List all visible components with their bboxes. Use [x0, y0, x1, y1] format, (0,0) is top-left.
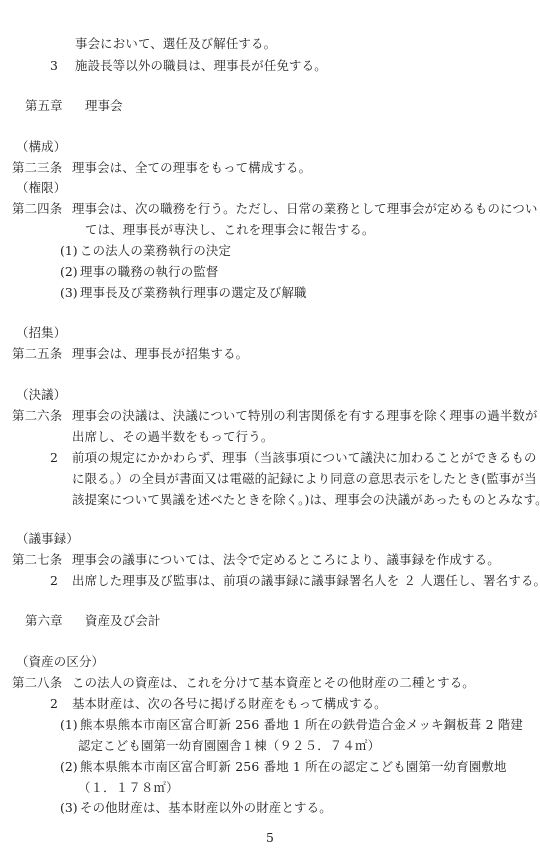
- article-heading: （構成）: [16, 139, 66, 155]
- item-text: 理事長及び業務執行理事の選定及び解職: [80, 285, 307, 301]
- chapter-number: 第六章: [25, 613, 63, 629]
- article-text: 理事会は、全ての理事をもって構成する。: [72, 160, 311, 176]
- article-heading: （議事録）: [16, 531, 79, 547]
- article-text: 理事会は、次の職務を行う。ただし、日常の業務として理事会が定めるものについ: [72, 201, 538, 217]
- article-heading: （招集）: [16, 325, 66, 341]
- article-heading: （権限）: [16, 180, 66, 196]
- item-text: この法人の業務執行の決定: [80, 243, 231, 259]
- paragraph-number: 2: [50, 450, 58, 466]
- article-text: 理事会の議事については、法令で定めるところにより、議事録を作成する。: [72, 552, 500, 568]
- item-number: (2): [60, 264, 78, 280]
- item-number: (2): [60, 759, 78, 775]
- chapter-title: 資産及び会計: [85, 613, 161, 629]
- article-number: 第二四条: [12, 201, 62, 217]
- item-text: 熊本県熊本市南区富合町新 256 番地 1 所在の鉄骨造合金メッキ鋼板葺 2 階…: [80, 717, 523, 733]
- article-text: 理事会は、理事長が招集する。: [72, 346, 248, 362]
- paragraph-line: 該提案について異議を述べたときを除く。)は、理事会の決議があったものとみなす。: [72, 492, 540, 508]
- chapter-title: 理事会: [85, 98, 123, 114]
- item-number: (3): [60, 285, 78, 301]
- item-number: (1): [60, 717, 78, 733]
- paragraph-number: 2: [50, 573, 58, 589]
- paragraph-number: 2: [50, 696, 58, 712]
- article-text-continued: ては、理事長が専決し、これを理事会に報告する。: [85, 222, 375, 238]
- paragraph-line: 前項の規定にかかわらず、理事（当該事項について議決に加わることができるもの: [72, 450, 537, 466]
- chapter-number: 第五章: [25, 98, 63, 114]
- article-number: 第二八条: [12, 675, 62, 691]
- paragraph-line: 事会において、選任及び解任する。: [75, 36, 276, 52]
- article-number: 第二五条: [12, 346, 62, 362]
- article-heading: （決議）: [16, 387, 66, 403]
- item-text-continued: （１．１７８㎡）: [78, 780, 179, 796]
- paragraph-number: 3: [50, 58, 58, 74]
- article-number: 第二三条: [12, 160, 62, 176]
- article-text-continued: 出席し、その過半数をもって行う。: [72, 429, 273, 445]
- article-heading: （資産の区分）: [16, 654, 104, 670]
- article-number: 第二六条: [12, 408, 62, 424]
- paragraph-line: に限る。）の全員が書面又は電磁的記録により同意の意思表示をしたとき(監事が当: [72, 471, 537, 487]
- article-text: 理事会の決議は、決議について特別の利害関係を有する理事を除く理事の過半数が: [72, 408, 538, 424]
- article-text: この法人の資産は、これを分けて基本資産とその他財産の二種とする。: [72, 675, 475, 691]
- item-number: (1): [60, 243, 78, 259]
- item-text: 熊本県熊本市南区富合町新 256 番地 1 所在の認定こども園第一幼育園敷地: [80, 759, 507, 775]
- item-text: その他財産は、基本財産以外の財産とする。: [80, 800, 332, 816]
- paragraph-line: 出席した理事及び監事は、前項の議事録に議事録署名人を ２ 人選任し、署名する。: [72, 573, 540, 589]
- paragraph-line: 基本財産は、次の各号に掲げる財産をもって構成する。: [72, 696, 387, 712]
- paragraph-line: 施設長等以外の職員は、理事長が任免する。: [75, 58, 327, 74]
- item-text-continued: 認定こども園第一幼育園園舎１棟（９２５．７４㎡）: [78, 738, 380, 754]
- article-number: 第二七条: [12, 552, 62, 568]
- page-number: 5: [0, 830, 540, 845]
- item-text: 理事の職務の執行の監督: [80, 264, 219, 280]
- item-number: (3): [60, 800, 78, 816]
